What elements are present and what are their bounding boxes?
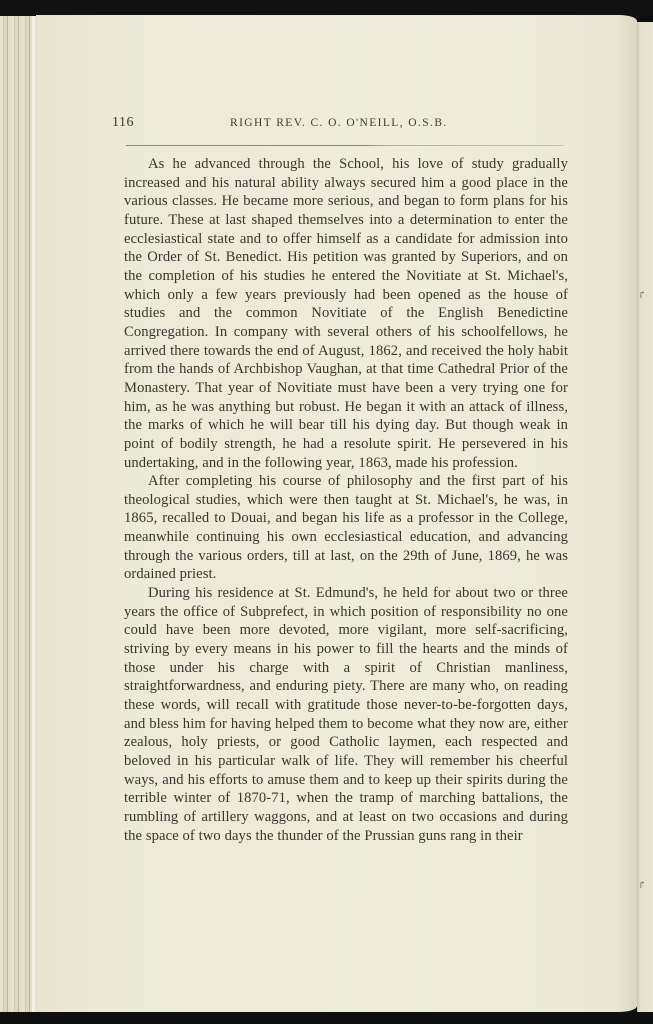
running-head-title: RIGHT REV. C. O. O'NEILL, O.S.B. xyxy=(230,117,448,129)
paragraph-2: After completing his course of philosoph… xyxy=(124,472,568,584)
page-edge-highlight xyxy=(32,16,35,1012)
scan-top-border xyxy=(0,0,653,16)
margin-mark-upper: ↱ xyxy=(638,290,646,301)
header-rule xyxy=(126,145,564,146)
page-number: 116 xyxy=(112,115,134,131)
facing-page-edge xyxy=(637,22,653,1012)
paragraph-3: During his residence at St. Edmund's, he… xyxy=(124,584,568,845)
page-edge-stack xyxy=(0,16,36,1012)
running-head: 116 RIGHT REV. C. O. O'NEILL, O.S.B. xyxy=(112,115,572,135)
scan-bottom-border xyxy=(0,1012,653,1024)
paragraph-1: As he advanced through the School, his l… xyxy=(124,155,568,472)
body-text: As he advanced through the School, his l… xyxy=(124,155,568,845)
margin-mark-lower: ↱ xyxy=(638,880,646,891)
